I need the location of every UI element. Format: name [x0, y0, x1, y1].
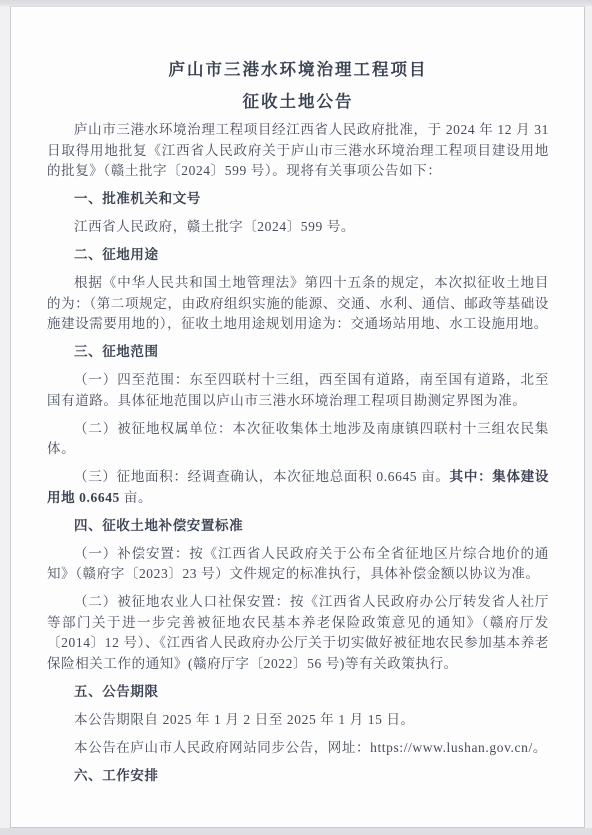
- section-heading-2: 二、征地用途: [47, 245, 549, 266]
- paragraph: （一）四至范围：东至四联村十三组，西至国有道路，南至国有道路，北至国有道路。具体…: [47, 370, 549, 411]
- section-heading-6: 六、工作安排: [47, 766, 549, 787]
- section-heading-1: 一、批准机关和文号: [47, 189, 549, 210]
- paragraph: 本公告期限自 2025 年 1 月 2 日至 2025 年 1 月 15 日。: [47, 710, 549, 731]
- paragraph-with-url: 本公告在庐山市人民政府网站同步公告，网址：https://www.lushan.…: [47, 738, 549, 759]
- document-body: 庐山市三港水环境治理工程项目 征收土地公告 庐山市三港水环境治理工程项目经江西省…: [11, 7, 584, 786]
- paragraph-text: 亩。: [120, 490, 152, 505]
- paragraph-text: （三）征地面积：经调查确认，本次征地总面积 0.6645 亩。: [74, 469, 450, 484]
- scan-edge-bottom: [0, 828, 592, 835]
- document-page: 庐山市三港水环境治理工程项目 征收土地公告 庐山市三港水环境治理工程项目经江西省…: [10, 6, 585, 828]
- doc-title: 庐山市三港水环境治理工程项目: [47, 58, 549, 82]
- intro-paragraph: 庐山市三港水环境治理工程项目经江西省人民政府批准，于 2024 年 12 月 3…: [47, 120, 549, 182]
- paragraph: （二）被征地农业人口社保安置：按《江西省人民政府办公厅转发省人社厅等部门关于进一…: [47, 592, 549, 674]
- section-heading-3: 三、征地范围: [47, 342, 549, 363]
- paragraph: （三）征地面积：经调查确认，本次征地总面积 0.6645 亩。其中：集体建设用地…: [47, 467, 549, 508]
- paragraph: （一）补偿安置：按《江西省人民政府关于公布全省征地区片综合地价的通知》（赣府字〔…: [47, 544, 549, 585]
- section-heading-5: 五、公告期限: [47, 682, 549, 703]
- section-heading-4: 四、征收土地补偿安置标准: [47, 516, 549, 537]
- doc-subtitle: 征收土地公告: [47, 90, 549, 114]
- paragraph: 江西省人民政府，赣土批字〔2024〕599 号。: [47, 217, 549, 238]
- paragraph: 根据《中华人民共和国土地管理法》第四十五条的规定，本次拟征收土地目的为：（第二项…: [47, 273, 549, 335]
- paragraph: （二）被征地权属单位：本次征收集体土地涉及南康镇四联村十三组农民集体。: [47, 419, 549, 460]
